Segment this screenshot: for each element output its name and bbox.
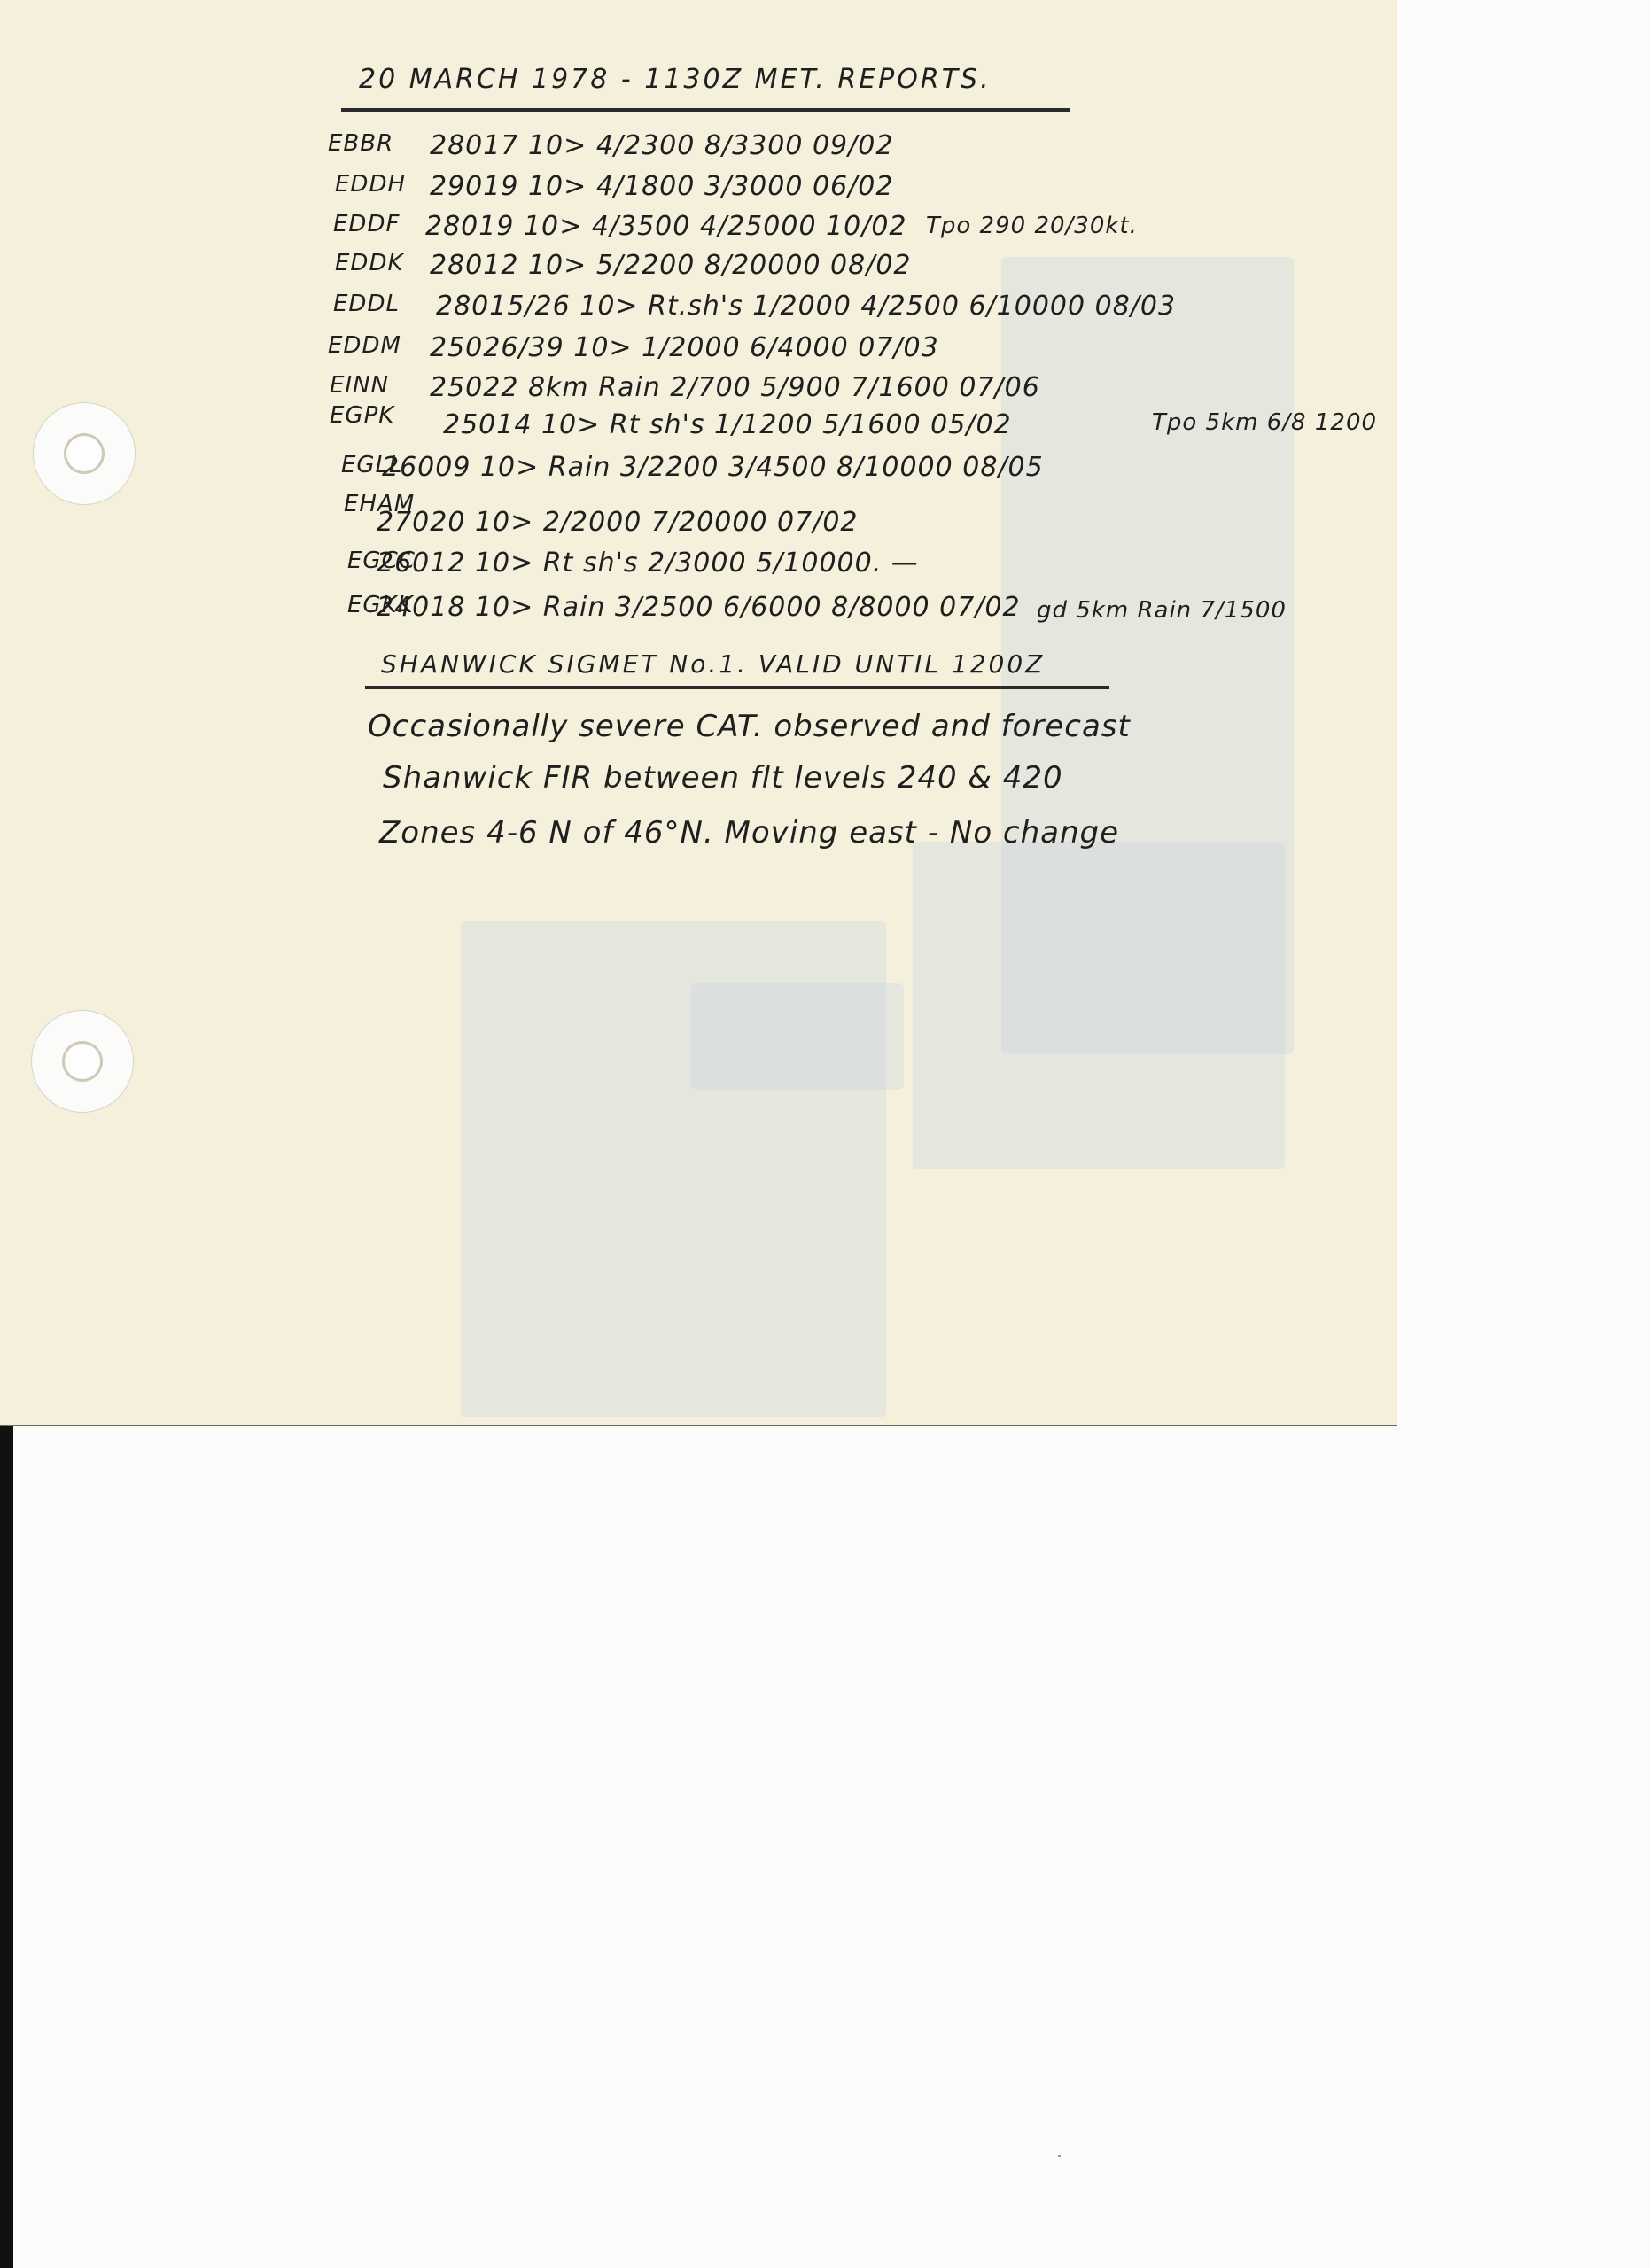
- sigmet-underline: [365, 686, 1109, 689]
- station-code: EDDF: [333, 211, 431, 237]
- page-title: 20 MARCH 1978 - 1130Z MET. REPORTS.: [359, 64, 992, 95]
- station-code: EDDL: [333, 291, 431, 317]
- station-code: EGPK: [330, 402, 427, 429]
- report-data: 27020 10> 2/2000 7/20000 07/02: [377, 507, 859, 538]
- bleed-through-block: [691, 983, 904, 1090]
- report-data: 28012 10> 5/2200 8/20000 08/02: [430, 250, 912, 281]
- report-note: gd 5km Rain 7/1500: [1037, 597, 1287, 624]
- title-underline: [341, 108, 1070, 112]
- report-data: 26009 10> Rain 3/2200 3/4500 8/10000 08/…: [382, 452, 1044, 483]
- station-code: EDDH: [335, 171, 432, 198]
- report-data: 26012 10> Rt sh's 2/3000 5/10000. —: [377, 548, 919, 579]
- bleed-through-block: [913, 842, 1285, 1169]
- report-data: 25026/39 10> 1/2000 6/4000 07/03: [430, 332, 939, 363]
- punch-hole-reinforcement: [34, 403, 135, 504]
- station-code: EDDK: [335, 250, 432, 276]
- station-code: EBBR: [328, 130, 425, 157]
- report-data: 28015/26 10> Rt.sh's 1/2000 4/2500 6/100…: [436, 291, 1176, 322]
- report-data: 29019 10> 4/1800 3/3000 06/02: [430, 171, 893, 202]
- report-data: 28019 10> 4/3500 4/25000 10/02: [425, 211, 907, 242]
- report-data: 28017 10> 4/2300 8/3300 09/02: [430, 130, 893, 161]
- sigmet-text-line: Zones 4-6 N of 46°N. Moving east - No ch…: [379, 815, 1119, 850]
- station-code: EINN: [330, 372, 427, 399]
- station-code: EDDM: [328, 332, 425, 359]
- sigmet-text-line: Occasionally severe CAT. observed and fo…: [368, 709, 1131, 744]
- report-note: Tpo 5km 6/8 1200: [1152, 409, 1377, 436]
- report-data: 25022 8km Rain 2/700 5/900 7/1600 07/06: [430, 372, 1040, 403]
- report-note: Tpo 290 20/30kt.: [926, 213, 1138, 239]
- sigmet-text-line: Shanwick FIR between flt levels 240 & 42…: [383, 760, 1063, 796]
- report-data: 24018 10> Rain 3/2500 6/6000 8/8000 07/0…: [377, 592, 1021, 623]
- report-data: 25014 10> Rt sh's 1/1200 5/1600 05/02: [443, 409, 1012, 440]
- scanner-edge: [0, 1425, 13, 2268]
- punch-hole-reinforcement: [32, 1011, 133, 1112]
- paper-sheet: 20 MARCH 1978 - 1130Z MET. REPORTS. EBBR…: [0, 0, 1397, 1426]
- sigmet-heading: SHANWICK SIGMET No.1. VALID UNTIL 1200Z: [381, 649, 1045, 679]
- scan-dust: [1058, 2155, 1061, 2157]
